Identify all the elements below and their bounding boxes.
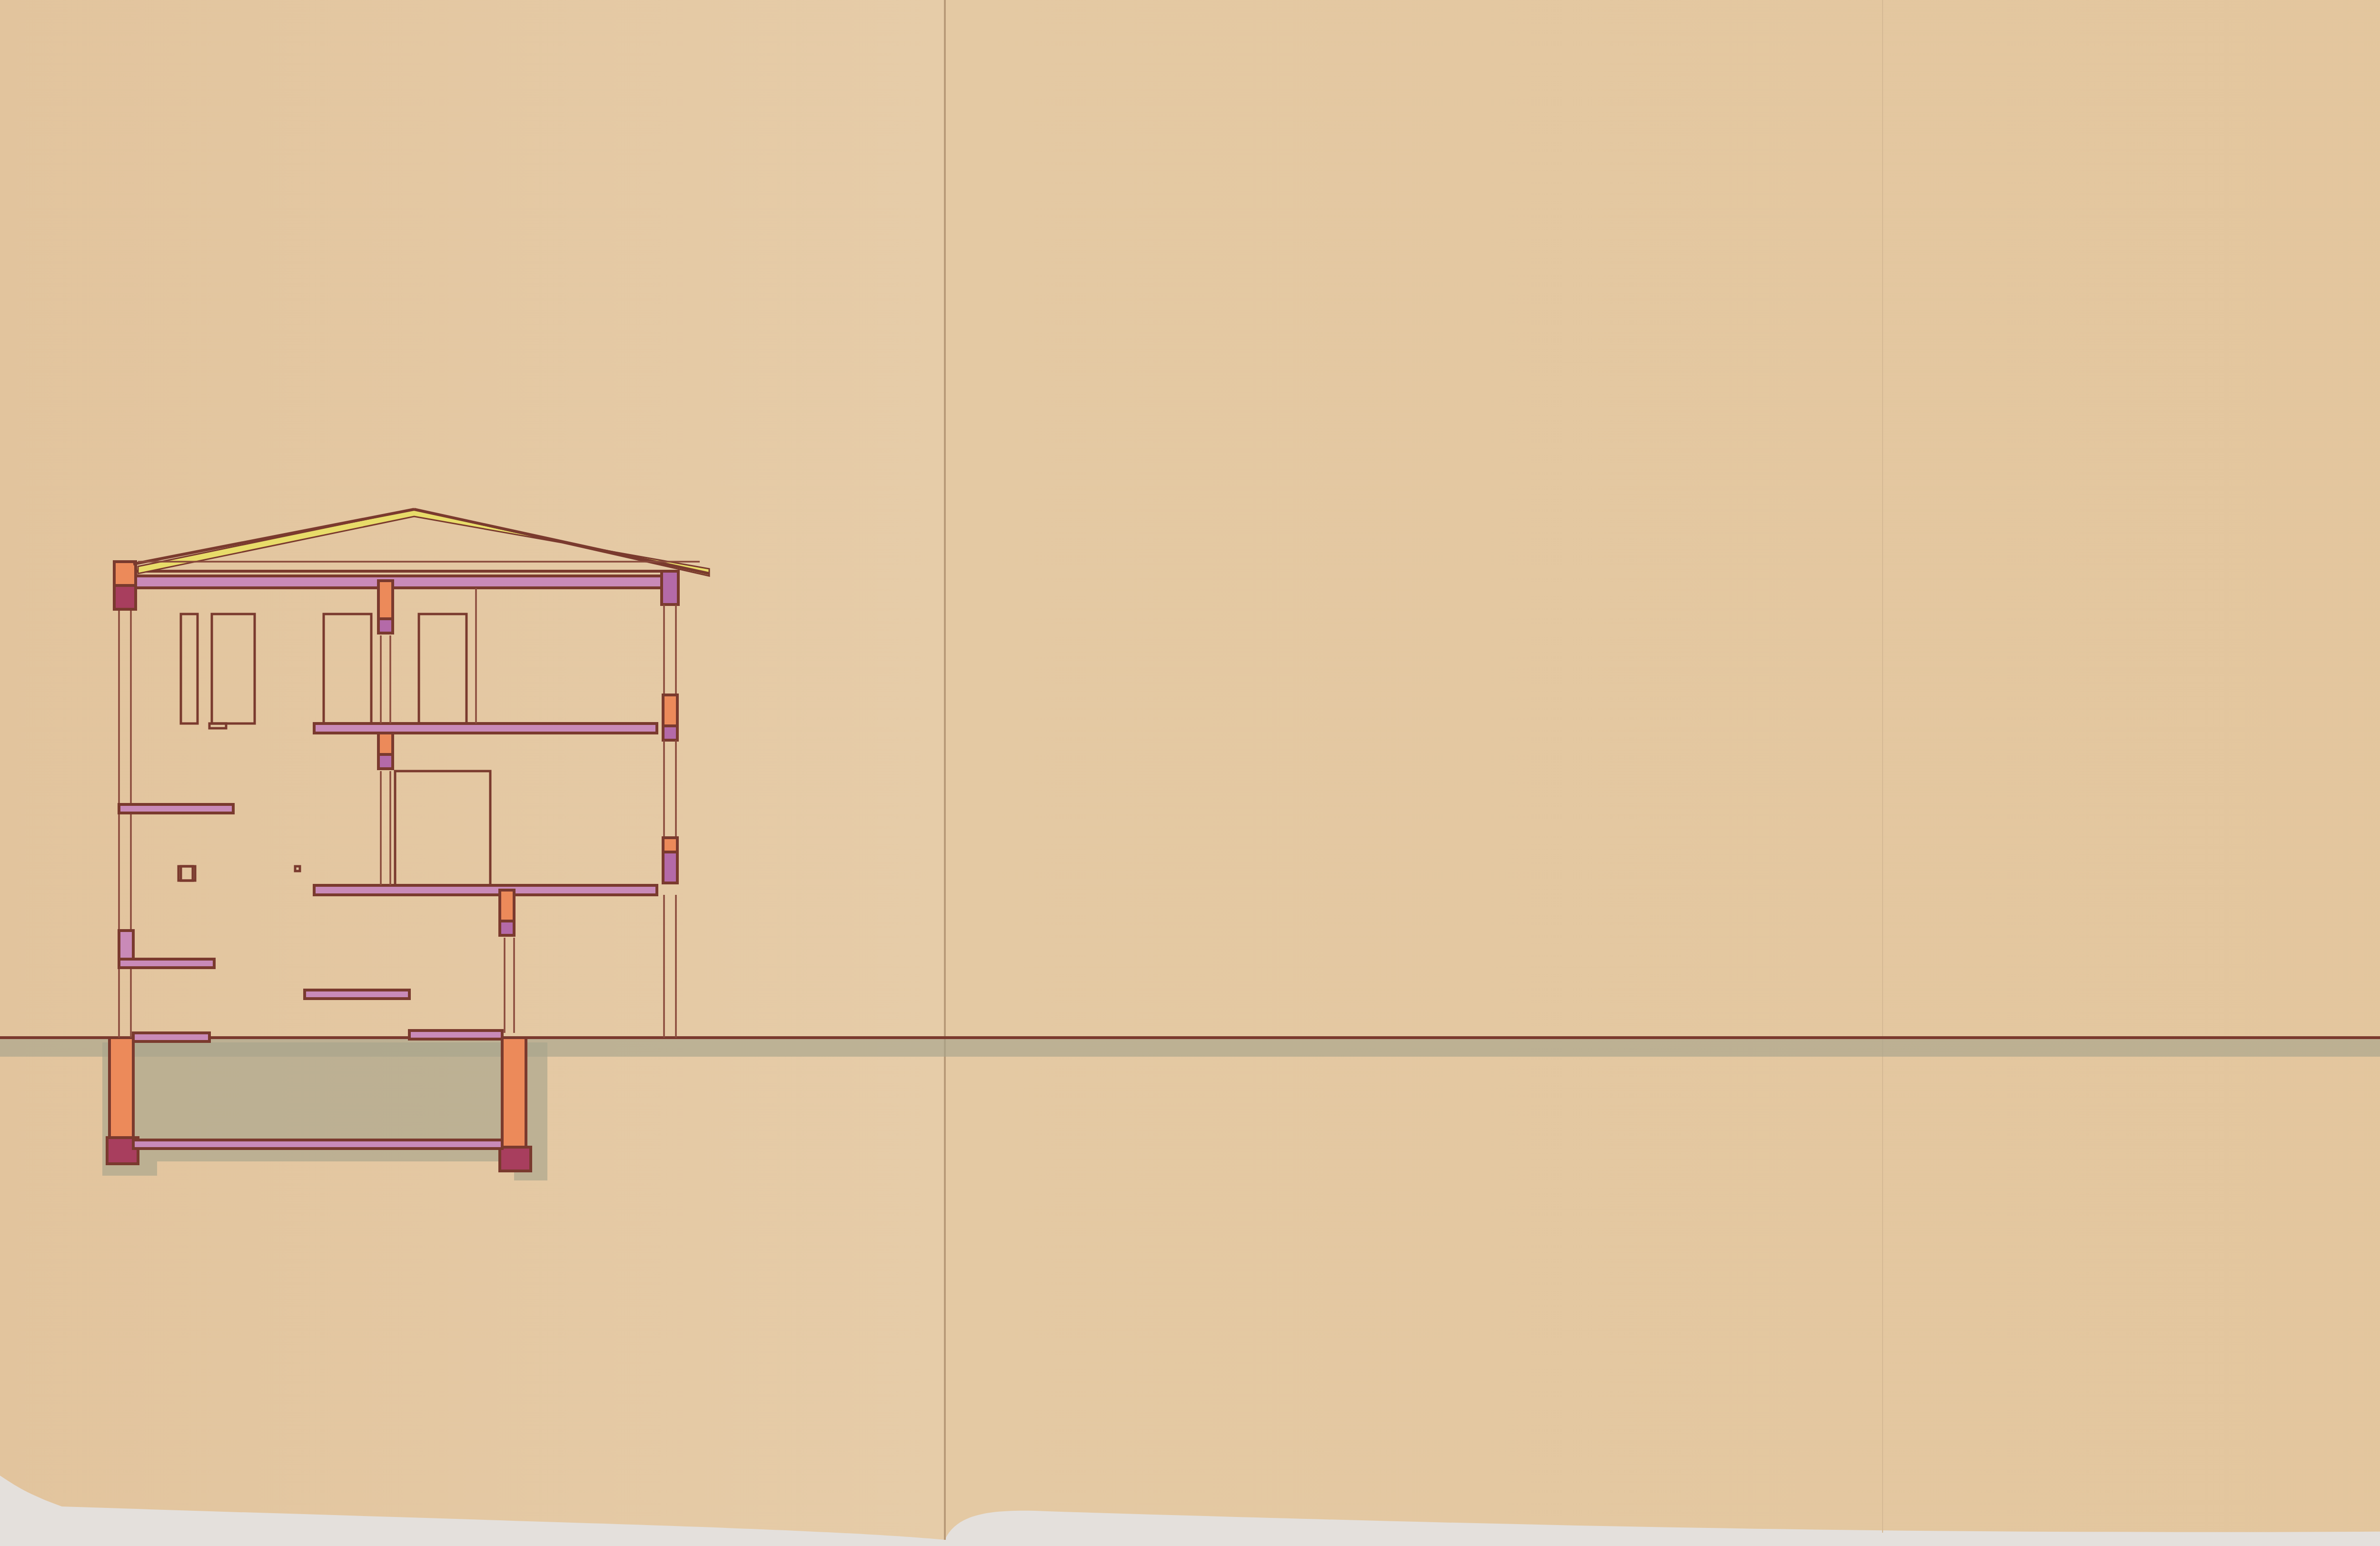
drawing-sheet	[0, 0, 2380, 1546]
section-drawing	[0, 0, 2380, 1546]
paper-right-leaf	[945, 0, 2380, 1540]
